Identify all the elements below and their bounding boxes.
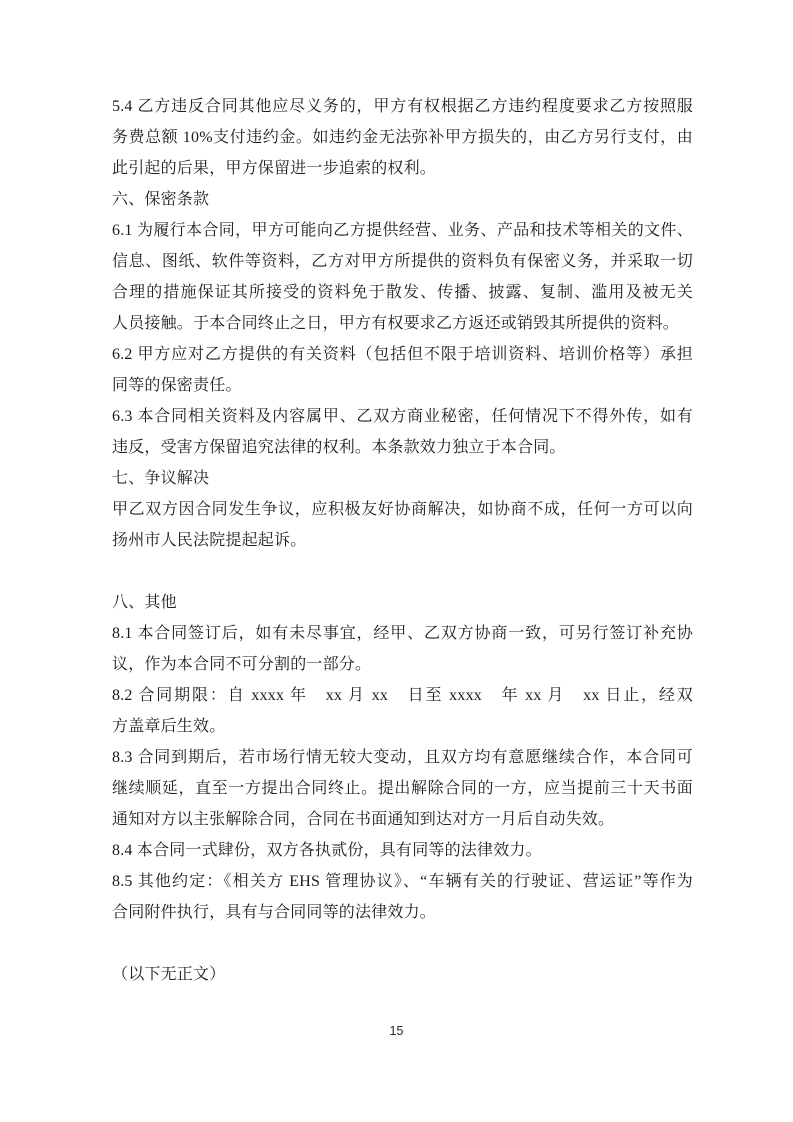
document-line: 8.3 合同到期后，若市场行情无较大变动，且双方均有意愿继续合作，本合同可 bbox=[112, 742, 693, 773]
document-line: 七、争议解决 bbox=[112, 463, 693, 494]
document-line: 违反，受害方保留追究法律的权利。本条款效力独立于本合同。 bbox=[112, 432, 693, 463]
document-line: 5.4 乙方违反合同其他应尽义务的，甲方有权根据乙方违约程度要求乙方按照服 bbox=[112, 91, 693, 122]
document-line: 通知对方以主张解除合同，合同在书面通知到达对方一月后自动失效。 bbox=[112, 804, 693, 835]
document-line: 信息、图纸、软件等资料，乙方对甲方所提供的资料负有保密义务，并采取一切 bbox=[112, 246, 693, 277]
document-line bbox=[112, 556, 693, 587]
document-line: 6.3 本合同相关资料及内容属甲、乙双方商业秘密，任何情况下不得外传，如有 bbox=[112, 401, 693, 432]
document-line: 八、其他 bbox=[112, 587, 693, 618]
document-line: （以下无正文） bbox=[112, 959, 693, 990]
document-line: 继续顺延，直至一方提出合同终止。提出解除合同的一方，应当提前三十天书面 bbox=[112, 773, 693, 804]
document-body: 5.4 乙方违反合同其他应尽义务的，甲方有权根据乙方违约程度要求乙方按照服务费总… bbox=[112, 91, 693, 990]
document-line: 8.5 其他约定：《相关方 EHS 管理协议》、“车辆有关的行驶证、营运证”等作… bbox=[112, 866, 693, 897]
contract-document-page: 5.4 乙方违反合同其他应尽义务的，甲方有权根据乙方违约程度要求乙方按照服务费总… bbox=[0, 0, 793, 1122]
document-line: 8.4 本合同一式肆份，双方各执贰份，具有同等的法律效力。 bbox=[112, 835, 693, 866]
document-line: 此引起的后果，甲方保留进一步追索的权利。 bbox=[112, 153, 693, 184]
document-line: 扬州市人民法院提起起诉。 bbox=[112, 525, 693, 556]
document-line: 合理的措施保证其所接受的资料免于散发、传播、披露、复制、滥用及被无关 bbox=[112, 277, 693, 308]
document-line: 方盖章后生效。 bbox=[112, 711, 693, 742]
document-line: 六、保密条款 bbox=[112, 184, 693, 215]
document-line bbox=[112, 928, 693, 959]
document-line: 务费总额 10%支付违约金。如违约金无法弥补甲方损失的，由乙方另行支付，由 bbox=[112, 122, 693, 153]
document-line: 合同附件执行，具有与合同同等的法律效力。 bbox=[112, 897, 693, 928]
document-line: 人员接触。于本合同终止之日，甲方有权要求乙方返还或销毁其所提供的资料。 bbox=[112, 308, 693, 339]
document-line: 议，作为本合同不可分割的一部分。 bbox=[112, 649, 693, 680]
document-line: 8.2 合同期限：自 xxxx 年 xx 月 xx 日至 xxxx 年 xx 月… bbox=[112, 680, 693, 711]
page-number: 15 bbox=[0, 1024, 793, 1038]
document-line: 甲乙双方因合同发生争议，应积极友好协商解决，如协商不成，任何一方可以向 bbox=[112, 494, 693, 525]
document-line: 6.1 为履行本合同，甲方可能向乙方提供经营、业务、产品和技术等相关的文件、 bbox=[112, 215, 693, 246]
document-line: 8.1 本合同签订后，如有未尽事宜，经甲、乙双方协商一致，可另行签订补充协 bbox=[112, 618, 693, 649]
document-line: 同等的保密责任。 bbox=[112, 370, 693, 401]
document-line: 6.2 甲方应对乙方提供的有关资料（包括但不限于培训资料、培训价格等）承担 bbox=[112, 339, 693, 370]
